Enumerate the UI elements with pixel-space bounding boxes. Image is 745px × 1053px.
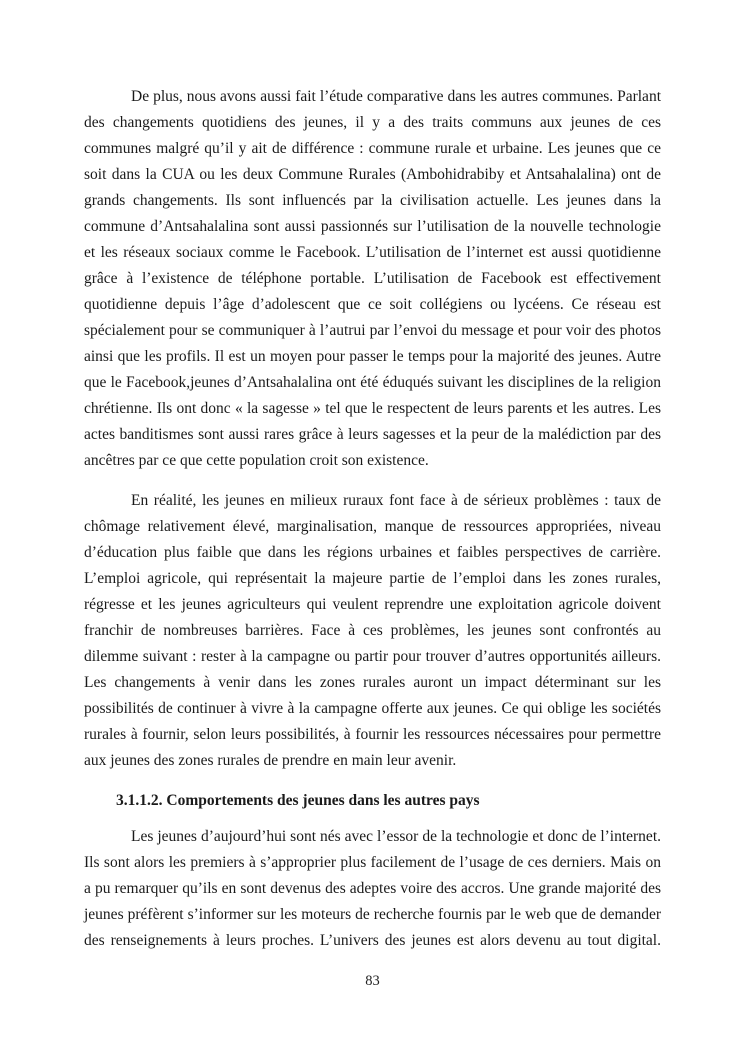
page-body-text: De plus, nous avons aussi fait l’étude c… — [84, 84, 661, 968]
body-paragraph-1: De plus, nous avons aussi fait l’étude c… — [84, 84, 661, 474]
body-paragraph-2: En réalité, les jeunes en milieux ruraux… — [84, 488, 661, 774]
page-number: 83 — [0, 971, 745, 991]
body-paragraph-3: Les jeunes d’aujourd’hui sont nés avec l… — [84, 824, 661, 954]
document-page: De plus, nous avons aussi fait l’étude c… — [0, 0, 745, 1053]
section-heading: 3.1.1.2. Comportements des jeunes dans l… — [84, 788, 661, 814]
